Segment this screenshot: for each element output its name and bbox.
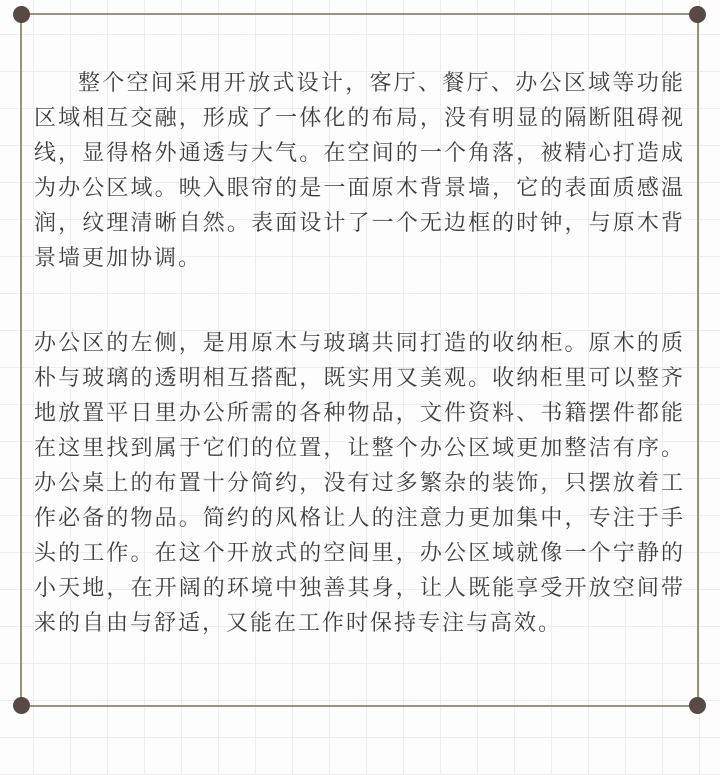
page: { "page": { "background": { "grid_color"… — [0, 0, 720, 775]
paragraph-space-overview: 整个空间采用开放式设计，客厅、餐厅、办公区域等功能区域相互交融，形成了一体化的布… — [34, 65, 685, 275]
corner-dot-top-left-icon — [13, 6, 30, 23]
document-text: 整个空间采用开放式设计，客厅、餐厅、办公区域等功能区域相互交融，形成了一体化的布… — [34, 65, 685, 640]
corner-dot-bottom-left-icon — [13, 697, 30, 714]
paragraph-office-details: 办公区的左侧，是用原木与玻璃共同打造的收纳柜。原木的质朴与玻璃的透明相互搭配，既… — [34, 325, 685, 640]
corner-dot-bottom-right-icon — [689, 697, 706, 714]
corner-dot-top-right-icon — [689, 6, 706, 23]
